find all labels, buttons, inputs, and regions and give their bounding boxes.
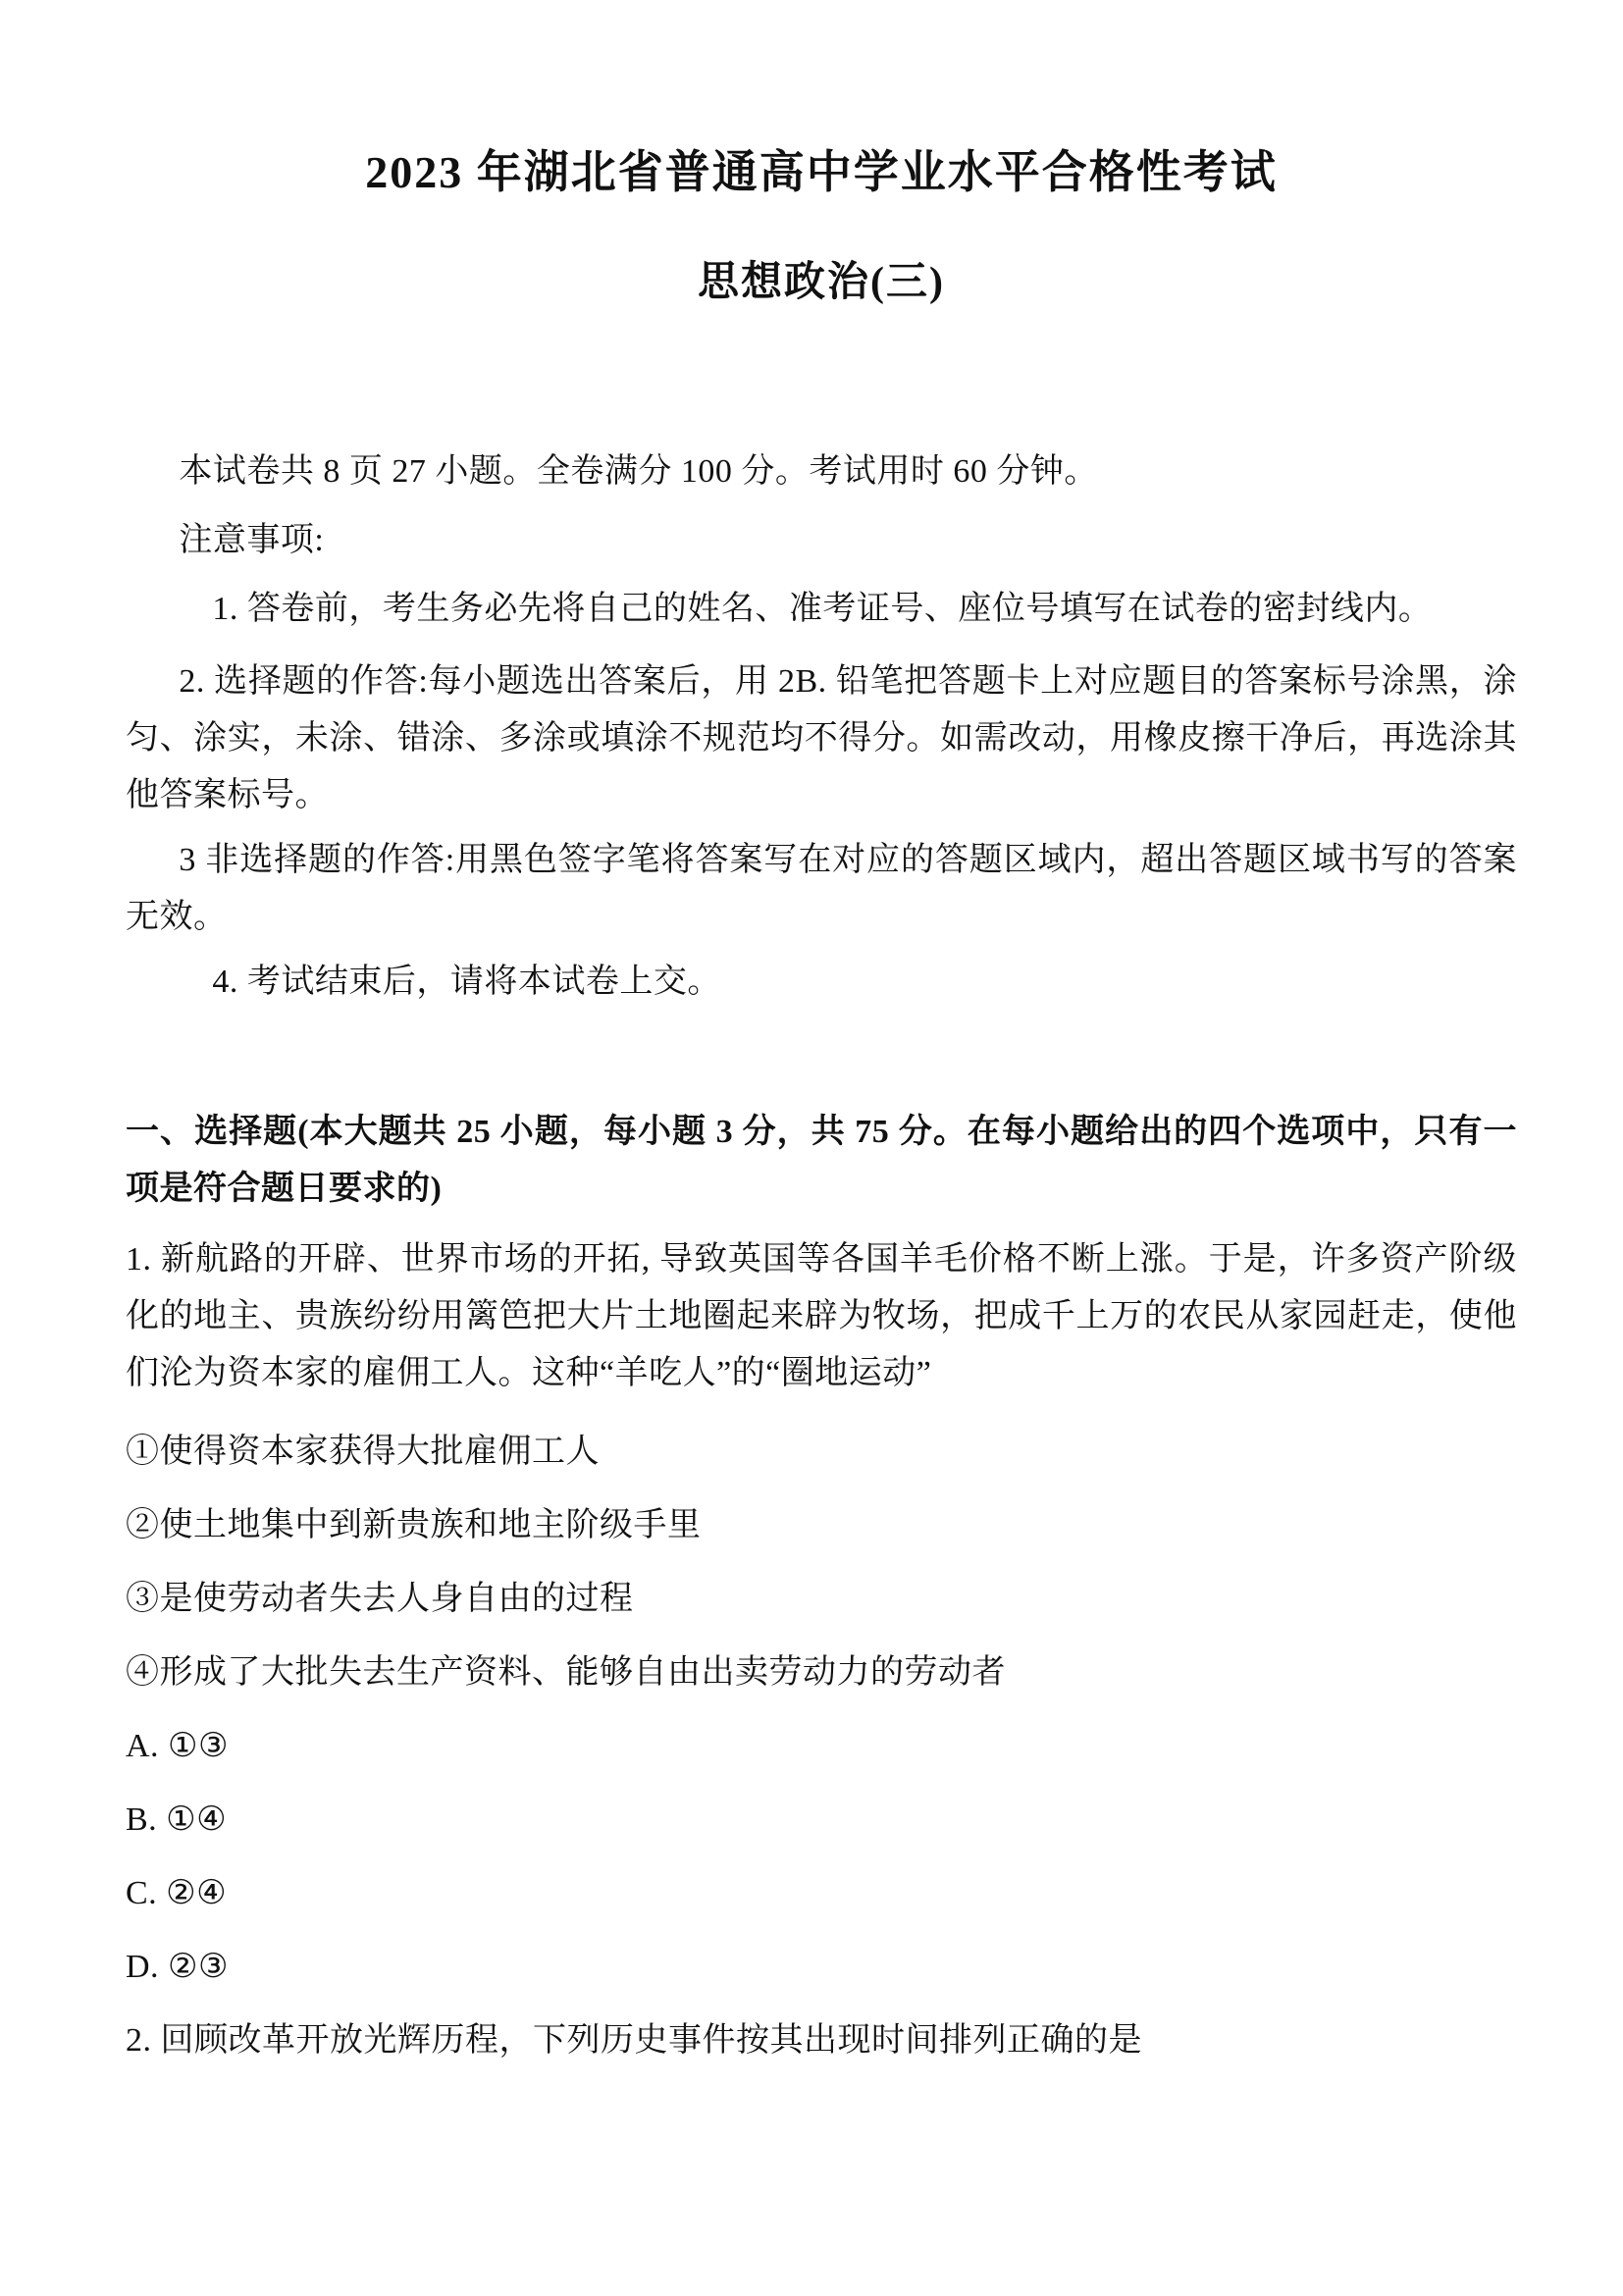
section-heading: 一、选择题(本大题共 25 小题，每小题 3 分，共 75 分。在每小题给出的四… bbox=[126, 1104, 1517, 1218]
question-1-option-b: B. ①④ bbox=[126, 1792, 1517, 1849]
question-2-stem: 2. 回顾改革开放光辉历程，下列历史事件按其出现时间排列正确的是 bbox=[126, 2012, 1517, 2069]
page-subtitle: 思想政治(三) bbox=[126, 257, 1517, 308]
question-1-option-c: C. ②④ bbox=[126, 1865, 1517, 1922]
question-1-option-a: A. ①③ bbox=[126, 1718, 1517, 1775]
question-1-statement-3: ③是使劳动者失去人身自由的过程 bbox=[126, 1571, 1517, 1628]
note-item-3: 3 非选择题的作答:用黑色签字笔将答案写在对应的答题区域内，超出答题区域书写的答… bbox=[126, 832, 1517, 946]
question-1-statement-1: ①使得资本家获得大批雇佣工人 bbox=[126, 1424, 1517, 1481]
notes-heading: 注意事项: bbox=[126, 512, 1517, 569]
note-item-1: 1. 答卷前，考生务必先将自己的姓名、准考证号、座位号填写在试卷的密封线内。 bbox=[126, 581, 1517, 638]
question-1-option-d: D. ②③ bbox=[126, 1939, 1517, 1996]
note-item-4: 4. 考试结束后，请将本试卷上交。 bbox=[126, 954, 1517, 1011]
question-1-statement-4: ④形成了大批失去生产资料、能够自由出卖劳动力的劳动者 bbox=[126, 1644, 1517, 1701]
exam-paper-page: 2023 年湖北省普通高中学业水平合格性考试 思想政治(三) 本试卷共 8 页 … bbox=[0, 0, 1623, 2296]
question-1-stem: 1. 新航路的开辟、世界市场的开拓, 导致英国等各国羊毛价格不断上涨。于是，许多… bbox=[126, 1231, 1517, 1402]
exam-summary: 本试卷共 8 页 27 小题。全卷满分 100 分。考试用时 60 分钟。 bbox=[126, 444, 1517, 500]
question-1-statement-2: ②使土地集中到新贵族和地主阶级手里 bbox=[126, 1497, 1517, 1554]
page-title: 2023 年湖北省普通高中学业水平合格性考试 bbox=[126, 145, 1517, 200]
note-item-2: 2. 选择题的作答:每小题选出答案后，用 2B. 铅笔把答题卡上对应题目的答案标… bbox=[126, 653, 1517, 824]
